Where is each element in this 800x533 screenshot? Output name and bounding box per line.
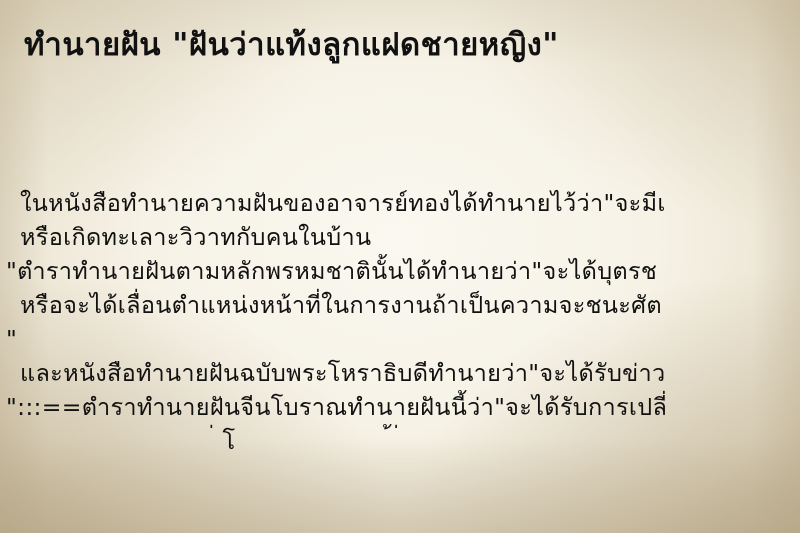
text-line-4: หรือจะได้เลื่อนตำแหน่งหน้าที่ในการงานถ้า… <box>0 288 800 322</box>
text-line-6: และหนังสือทำนายฝันฉบับพระโหราธิบดีทำนายว… <box>0 356 800 390</box>
text-line-1: ในหนังสือทำนายความฝันของอาจารย์ทองได้ทำน… <box>0 186 800 220</box>
dream-interpretation-text: ในหนังสือทำนายความฝันของอาจารย์ทองได้ทำน… <box>0 186 800 458</box>
text-line-7: ":::==ตำราทำนายฝันจีนโบราณทำนายฝันนี้ว่า… <box>0 390 800 424</box>
text-line-8-partial: ่ โ ้ ่ <box>0 424 800 458</box>
text-line-2: หรือเกิดทะเลาะวิวาทกับคนในบ้าน <box>0 220 800 254</box>
page-title: ทำนายฝัน "ฝันว่าแท้งลูกแฝดชายหญิง" <box>24 14 559 76</box>
text-line-5: " <box>0 322 800 356</box>
text-line-3: "ตำราทำนายฝันตามหลักพรหมชาตินั้นได้ทำนาย… <box>0 254 800 288</box>
